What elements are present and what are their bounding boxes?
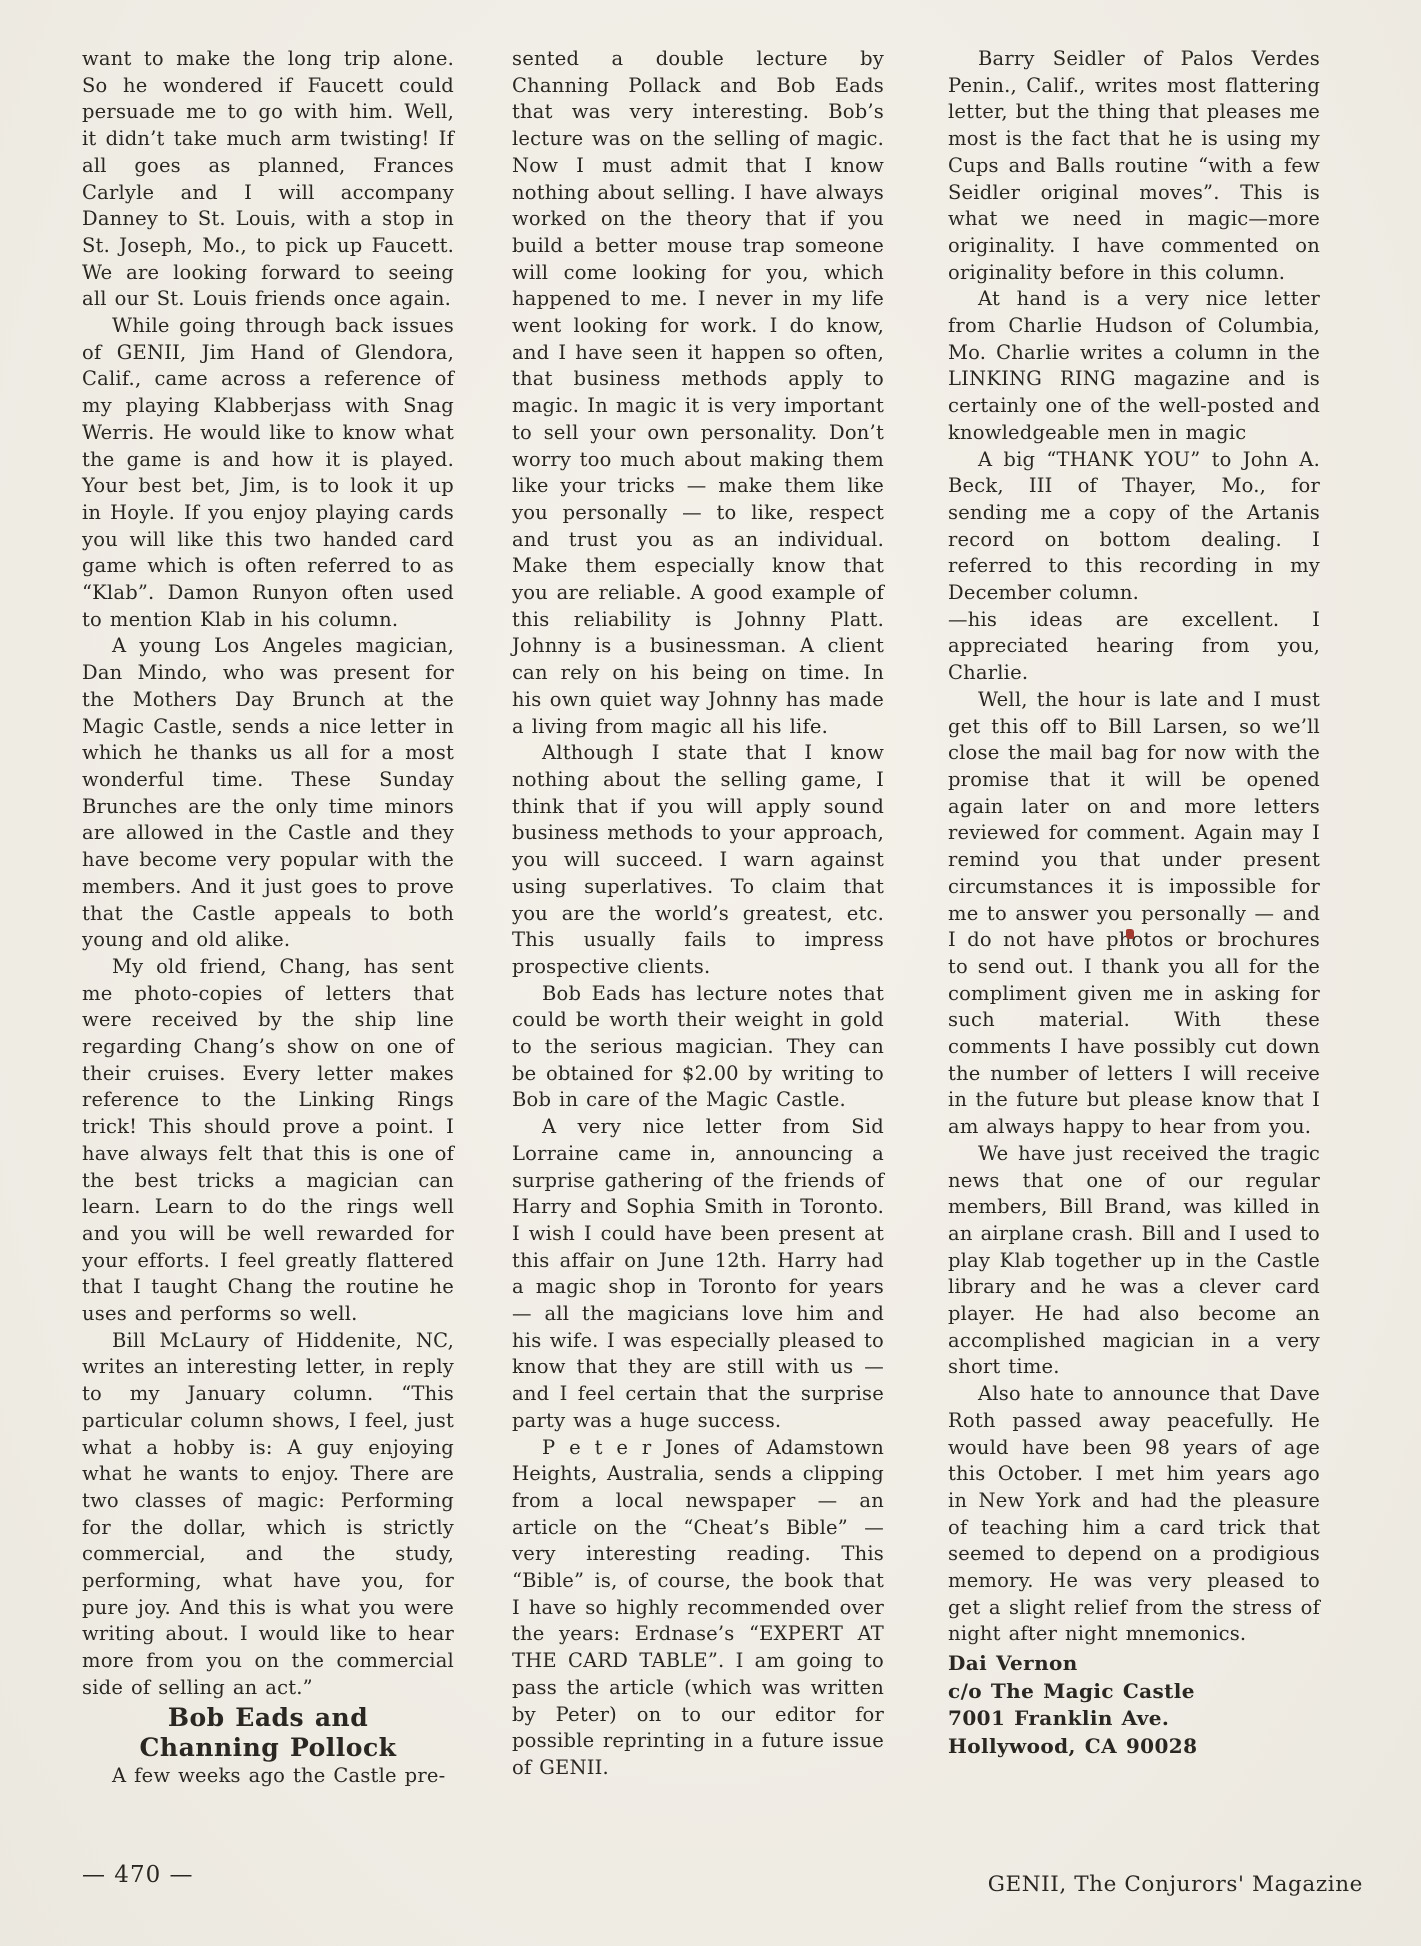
signature-name: Dai Vernon (948, 1650, 1320, 1678)
section-heading: Bob Eads and Channing Pollock (82, 1703, 454, 1763)
paragraph: A few weeks ago the Castle pre- (82, 1763, 454, 1790)
signature-address-line: c/o The Magic Castle (948, 1678, 1320, 1706)
paragraph: At hand is a very nice letter from Charl… (948, 286, 1320, 446)
paragraph: Barry Seidler of Palos Verdes Penin., Ca… (948, 46, 1320, 286)
signature-block: Dai Vernon c/o The Magic Castle 7001 Fra… (948, 1650, 1320, 1760)
red-ink-speck (1126, 929, 1134, 939)
paragraph: While going through back issues of GENII… (82, 313, 454, 633)
paragraph: Bob Eads has lecture notes that could be… (512, 981, 884, 1115)
paragraph: A young Los Angeles magician, Dan Mindo,… (82, 633, 454, 953)
signature-address-line: 7001 Franklin Ave. (948, 1705, 1320, 1733)
paragraph: A big “THANK YOU” to John A. Beck, III o… (948, 447, 1320, 607)
paragraph: Well, the hour is late and I must get th… (948, 687, 1320, 1141)
paragraph: P e t e r Jones of Adamstown Heights, Au… (512, 1435, 884, 1782)
paragraph: Also hate to announce that Dave Roth pas… (948, 1381, 1320, 1648)
section-heading-line-2: Channing Pollock (140, 1733, 397, 1762)
paragraph: A very nice letter from Sid Lorraine cam… (512, 1114, 884, 1434)
paragraph: sented a double lecture by Channing Poll… (512, 46, 884, 740)
paragraph: We have just received the tragic news th… (948, 1141, 1320, 1381)
paragraph: Bill McLaury of Hiddenite, NC, writes an… (82, 1328, 454, 1702)
text-column-1: want to make the long trip alone. So he … (82, 46, 454, 1789)
paragraph: —his ideas are excellent. I appreciated … (948, 607, 1320, 687)
paragraph: want to make the long trip alone. So he … (82, 46, 454, 313)
signature-address-line: Hollywood, CA 90028 (948, 1733, 1320, 1761)
section-heading-line-1: Bob Eads and (168, 1703, 368, 1732)
paragraph: Although I state that I know nothing abo… (512, 740, 884, 980)
magazine-title: GENII, The Conjurors' Magazine (988, 1872, 1363, 1897)
text-column-2: sented a double lecture by Channing Poll… (512, 46, 884, 1782)
text-column-3: Barry Seidler of Palos Verdes Penin., Ca… (948, 46, 1320, 1760)
page-number: — 470 — (82, 1862, 194, 1888)
paragraph: My old friend, Chang, has sent me photo-… (82, 954, 454, 1328)
magazine-page: want to make the long trip alone. So he … (0, 0, 1421, 1946)
